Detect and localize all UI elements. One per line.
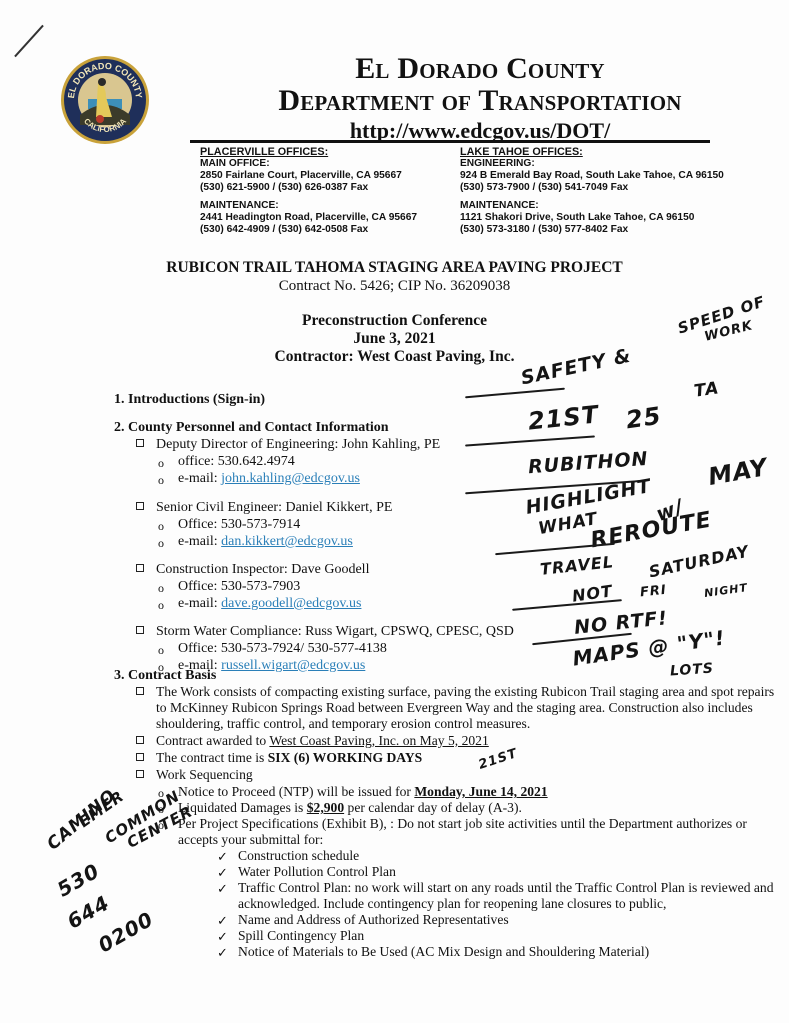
liquidated-damages: Liquidated Damages is $2,900 per calenda… — [178, 800, 522, 817]
handwritten-underline — [512, 599, 622, 611]
circle-bullet-icon: o — [158, 597, 164, 614]
personnel-role: Construction Inspector: Dave Goodell — [136, 562, 369, 579]
office-address: 2850 Fairlane Court, Placerville, CA 956… — [200, 170, 450, 182]
contract-awarded: Contract awarded to West Coast Paving, I… — [136, 733, 489, 750]
submittal-item-continued: acknowledged. Include contingency plan f… — [238, 896, 666, 913]
handwritten-note: FRI — [639, 583, 667, 601]
office-phone: (530) 573-7900 / (530) 541-7049 Fax — [460, 182, 760, 194]
personnel-role: Senior Civil Engineer: Daniel Kikkert, P… — [136, 500, 392, 517]
personnel-role: Deputy Director of Engineering: John Kah… — [136, 437, 440, 454]
handwritten-note: 21ST — [527, 400, 601, 435]
personnel-office: Office: 530-573-7914 — [178, 517, 300, 534]
submittal-item: Name and Address of Authorized Represent… — [238, 912, 509, 929]
handwritten-underline — [465, 435, 595, 446]
letterhead-divider — [190, 140, 710, 143]
email-link[interactable]: dan.kikkert@edcgov.us — [221, 534, 353, 549]
checkmark-icon: ✓ — [217, 945, 228, 962]
checkmark-icon: ✓ — [217, 929, 228, 946]
office-label: MAINTENANCE: — [460, 200, 760, 212]
contract-number: Contract No. 5426; CIP No. 36209038 — [0, 278, 789, 295]
work-description-line: to McKinney Rubicon Springs Road between… — [156, 700, 753, 717]
work-description-line: shouldering, traffic control, and tempor… — [156, 716, 530, 733]
handwritten-note: RUBITHON — [527, 448, 649, 478]
handwritten-note: TA — [693, 378, 721, 401]
office-address: 1121 Shakori Drive, South Lake Tahoe, CA… — [460, 212, 760, 224]
submittal-item: Spill Contingency Plan — [238, 928, 364, 945]
project-specifications-line: accepts your submittal for: — [178, 832, 323, 849]
project-title: RUBICON TRAIL TAHOMA STAGING AREA PAVING… — [0, 259, 789, 277]
office-label: MAINTENANCE: — [200, 200, 450, 212]
submittal-item: Notice of Materials to Be Used (AC Mix D… — [238, 944, 649, 961]
lake-tahoe-offices: LAKE TAHOE OFFICES: ENGINEERING: 924 B E… — [460, 146, 760, 236]
handwritten-note: REROUTE — [589, 508, 714, 554]
personnel-office: Office: 530-573-7924/ 530-577-4138 — [178, 641, 387, 658]
circle-bullet-icon: o — [158, 580, 164, 597]
personnel-email-row: e-mail: dan.kikkert@edcgov.us — [178, 534, 353, 551]
conference-title: Preconstruction Conference — [0, 312, 789, 330]
pen-stroke — [14, 25, 44, 58]
contractor-name: Contractor: West Coast Paving, Inc. — [0, 348, 789, 366]
office-address: 924 B Emerald Bay Road, South Lake Tahoe… — [460, 170, 760, 182]
submittal-item: Construction schedule — [238, 848, 359, 865]
circle-bullet-icon: o — [158, 472, 164, 489]
handwritten-note: 21ST — [477, 746, 520, 773]
personnel-office: Office: 530-573-7903 — [178, 579, 300, 596]
email-link[interactable]: russell.wigart@edcgov.us — [221, 658, 365, 673]
handwritten-note: SATURDAY — [647, 542, 751, 582]
checkmark-icon: ✓ — [217, 865, 228, 882]
personnel-office: office: 530.642.4974 — [178, 454, 295, 471]
agency-name: El Dorado County — [200, 52, 760, 86]
section-introductions: 1. Introductions (Sign-in) — [114, 392, 265, 408]
handwritten-note: TRAVEL — [539, 552, 615, 579]
submittal-item: Water Pollution Control Plan — [238, 864, 396, 881]
section-contract-basis: 3. Contract Basis — [114, 668, 216, 684]
contract-time: The contract time is SIX (6) WORKING DAY… — [136, 750, 422, 767]
office-phone: (530) 573-3180 / (530) 577-8402 Fax — [460, 224, 760, 236]
personnel-role: Storm Water Compliance: Russ Wigart, CPS… — [136, 624, 514, 641]
work-description-line: The Work consists of compacting existing… — [136, 684, 774, 701]
handwritten-note: 25 — [624, 402, 663, 435]
county-seal-logo: EL DORADO COUNTY CALIFORNIA — [60, 55, 150, 145]
handwritten-note: MAY — [706, 453, 770, 491]
office-address: 2441 Headington Road, Placerville, CA 95… — [200, 212, 450, 224]
email-link[interactable]: john.kahling@edcgov.us — [221, 471, 360, 486]
circle-bullet-icon: o — [158, 455, 164, 472]
department-name: Department of Transportation — [200, 84, 760, 118]
office-phone: (530) 642-4909 / (530) 642-0508 Fax — [200, 224, 450, 236]
personnel-email-row: e-mail: dave.goodell@edcgov.us — [178, 596, 361, 613]
circle-bullet-icon: o — [158, 535, 164, 552]
office-label: MAIN OFFICE: — [200, 158, 450, 170]
handwritten-underline — [465, 388, 565, 399]
office-heading: PLACERVILLE OFFICES: — [200, 146, 450, 158]
office-heading: LAKE TAHOE OFFICES: — [460, 146, 760, 158]
circle-bullet-icon: o — [158, 518, 164, 535]
placerville-offices: PLACERVILLE OFFICES: MAIN OFFICE: 2850 F… — [200, 146, 450, 236]
personnel-email-row: e-mail: john.kahling@edcgov.us — [178, 471, 360, 488]
office-label: ENGINEERING: — [460, 158, 760, 170]
section-county-personnel: 2. County Personnel and Contact Informat… — [114, 420, 389, 436]
submittal-item: Traffic Control Plan: no work will start… — [238, 880, 774, 897]
checkmark-icon: ✓ — [217, 881, 228, 898]
office-phone: (530) 621-5900 / (530) 626-0387 Fax — [200, 182, 450, 194]
notice-to-proceed: Notice to Proceed (NTP) will be issued f… — [178, 784, 548, 801]
handwritten-note: NIGHT — [703, 581, 748, 600]
circle-bullet-icon: o — [158, 642, 164, 659]
checkmark-icon: ✓ — [217, 849, 228, 866]
email-link[interactable]: dave.goodell@edcgov.us — [221, 596, 361, 611]
checkmark-icon: ✓ — [217, 913, 228, 930]
handwritten-note: LOTS — [669, 660, 714, 679]
work-sequencing: Work Sequencing — [136, 767, 253, 784]
project-specifications-line: Per Project Specifications (Exhibit B), … — [178, 816, 747, 833]
conference-date: June 3, 2021 — [0, 330, 789, 348]
